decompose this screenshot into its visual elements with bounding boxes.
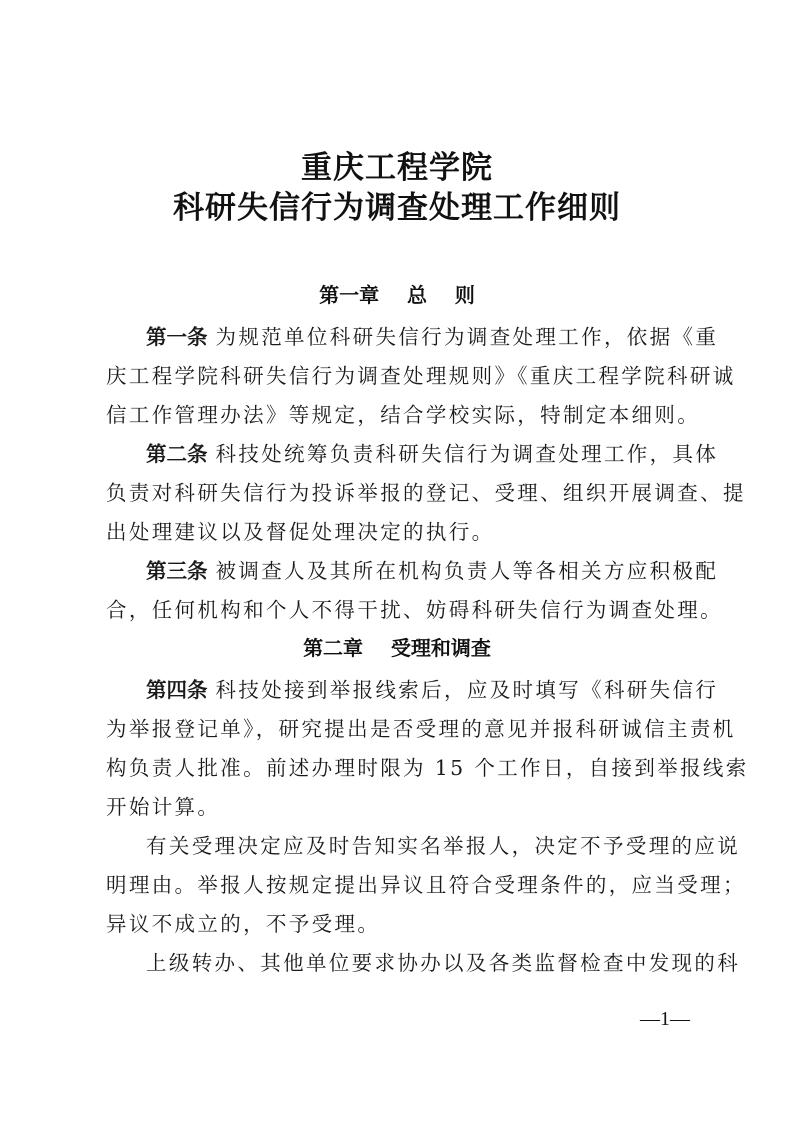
document-title-institution: 重庆工程学院 <box>0 142 794 187</box>
article-4-line-4: 开始计算。 <box>106 790 700 830</box>
paragraph-6-line-1: 上级转办、其他单位要求协办以及各类监督检查中发现的科 <box>146 946 700 986</box>
article-3-line-2: 合，任何机构和个人不得干扰、妨碍科研失信行为调查处理。 <box>106 593 700 633</box>
article-2-line-1: 第二条科技处统筹负责科研失信行为调查处理工作，具体 <box>146 437 700 477</box>
article-3-line-1: 第三条被调查人及其所在机构负责人等各相关方应积极配 <box>146 554 700 594</box>
article-label: 第三条 <box>146 559 208 583</box>
article-4-line-3: 构负责人批准。前述办理时限为 15 个工作日，自接到举报线索 <box>106 751 700 791</box>
paragraph-5-line-3: 异议不成立的，不予受理。 <box>106 907 700 947</box>
chapter-heading-2: 第二章 受理和调查 <box>0 632 794 661</box>
article-text: 科技处接到举报线索后，应及时填写《科研失信行 <box>216 678 719 702</box>
article-label: 第二条 <box>146 442 208 466</box>
paragraph-5-line-1: 有关受理决定应及时告知实名举报人，决定不予受理的应说 <box>146 829 700 869</box>
article-text: 为规范单位科研失信行为调查处理工作，依据《重 <box>216 325 719 349</box>
article-1-line-2: 庆工程学院科研失信行为调查处理规则》《重庆工程学院科研诚 <box>106 359 700 399</box>
article-label: 第四条 <box>146 678 208 702</box>
article-label: 第一条 <box>146 325 208 349</box>
article-1-line-3: 信工作管理办法》等规定，结合学校实际，特制定本细则。 <box>106 398 700 438</box>
article-1-line-1: 第一条为规范单位科研失信行为调查处理工作，依据《重 <box>146 320 700 360</box>
document-title-main: 科研失信行为调查处理工作细则 <box>0 182 794 227</box>
document-page: 重庆工程学院 科研失信行为调查处理工作细则 第一章 总 则 第一条为规范单位科研… <box>0 0 794 1122</box>
article-2-line-2: 负责对科研失信行为投诉举报的登记、受理、组织开展调查、提 <box>106 476 700 516</box>
page-number: —1— <box>640 1008 690 1031</box>
article-4-line-1: 第四条科技处接到举报线索后，应及时填写《科研失信行 <box>146 673 700 713</box>
article-4-line-2: 为举报登记单》，研究提出是否受理的意见并报科研诚信主责机 <box>106 712 700 752</box>
article-text: 被调查人及其所在机构负责人等各相关方应积极配 <box>216 559 719 583</box>
paragraph-5-line-2: 明理由。举报人按规定提出异议且符合受理条件的，应当受理； <box>106 868 700 908</box>
chapter-heading-1: 第一章 总 则 <box>0 279 794 308</box>
article-text: 科技处统筹负责科研失信行为调查处理工作，具体 <box>216 442 719 466</box>
article-2-line-3: 出处理建议以及督促处理决定的执行。 <box>106 515 700 555</box>
